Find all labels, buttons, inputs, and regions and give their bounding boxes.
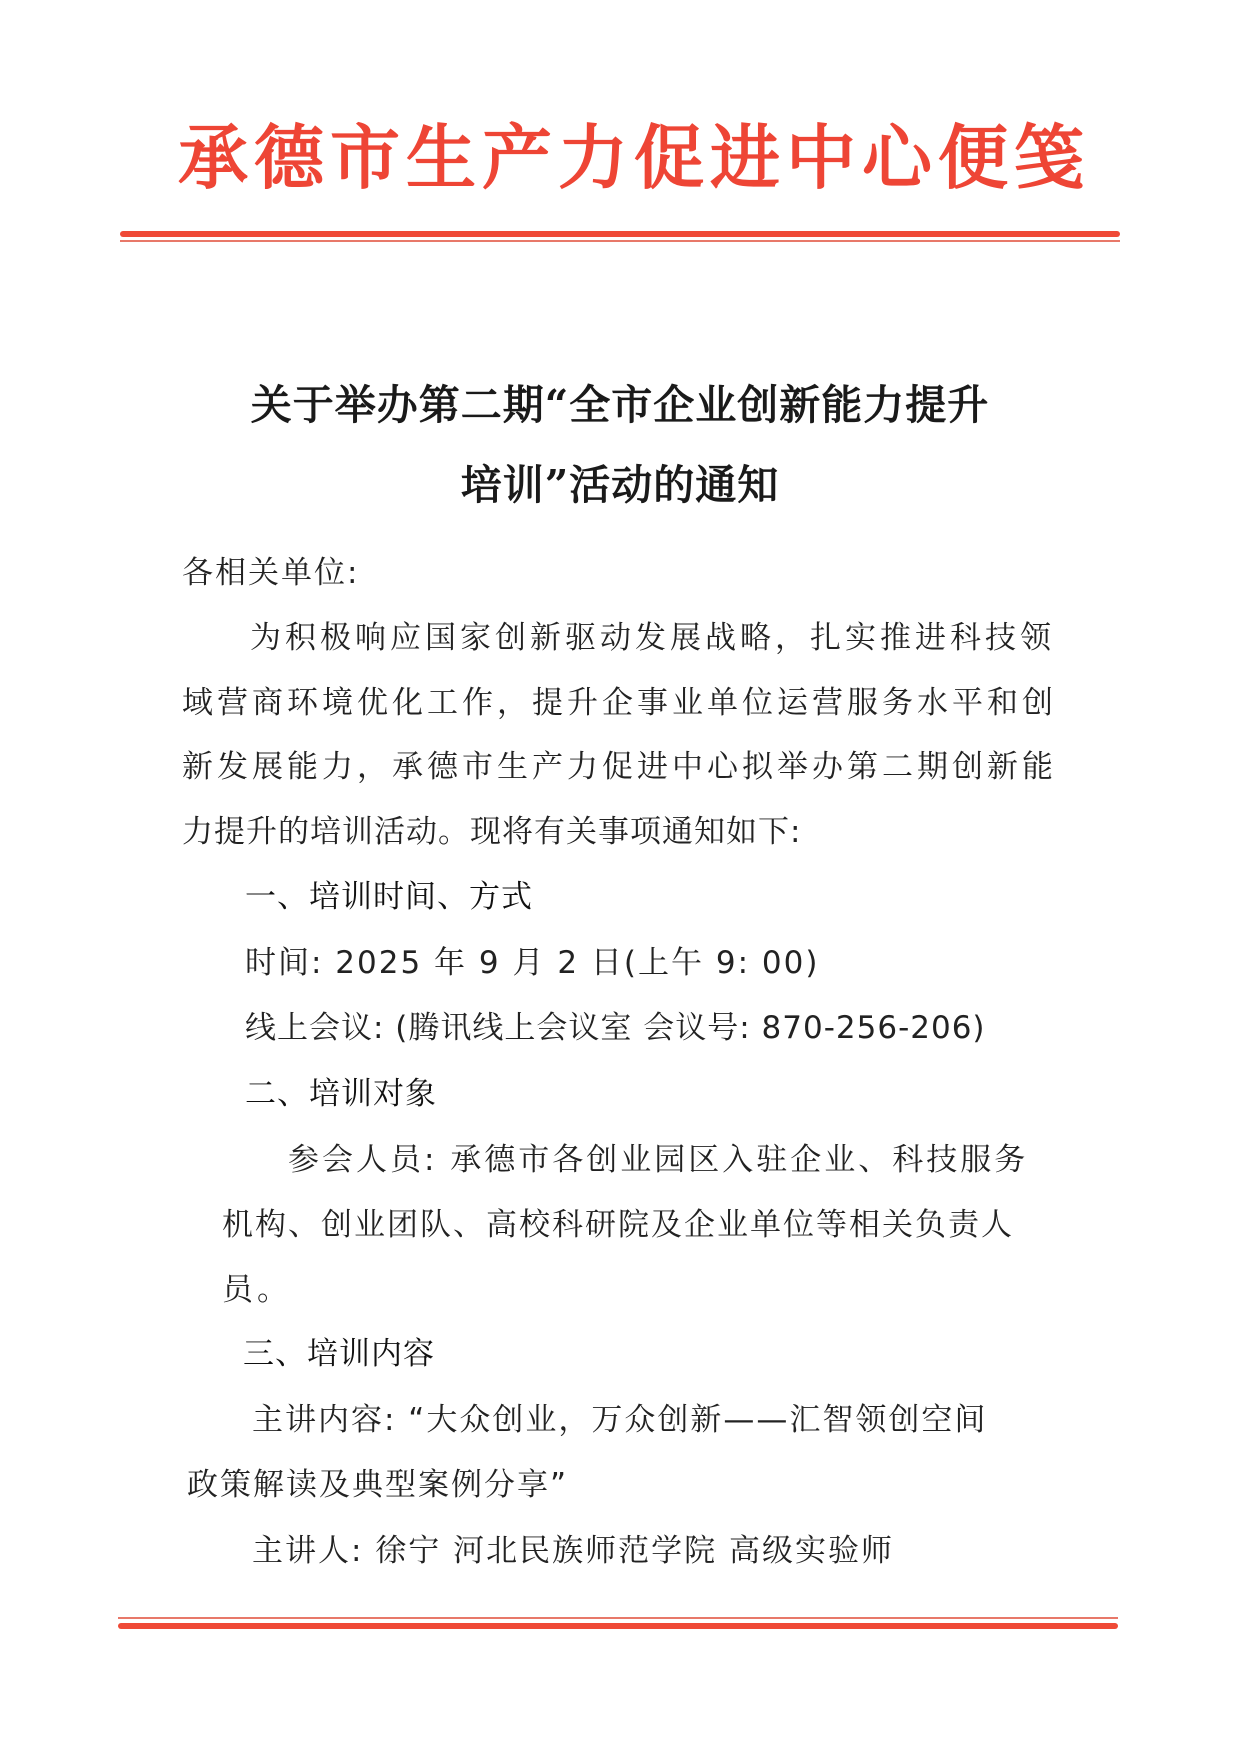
attendees-line-2: 机构、创业团队、高校科研院及企业单位等相关负责人 xyxy=(222,1199,1014,1244)
section-3-heading: 三、培训内容 xyxy=(243,1328,435,1373)
lecture-topic-line-1: 主讲内容: “大众创业，万众创新——汇智领创空间 xyxy=(252,1394,987,1439)
training-time: 时间: 2025 年 9 月 2 日(上午 9: 00) xyxy=(245,937,819,982)
intro-line-3: 新发展能力，承德市生产力促进中心拟举办第二期创新能 xyxy=(182,741,1057,786)
letterhead-title: 承德市生产力促进中心便笺 xyxy=(178,108,1078,208)
notice-title-line2: 培训”活动的通知 xyxy=(0,452,1240,511)
section-1-heading: 一、培训时间、方式 xyxy=(245,871,533,916)
intro-line-4: 力提升的培训活动。现将有关事项通知如下: xyxy=(182,806,801,851)
top-rule-thin xyxy=(120,240,1120,242)
attendees-line-3: 员。 xyxy=(222,1264,292,1309)
intro-line-1: 为积极响应国家创新驱动发展战略，扎实推进科技领 xyxy=(250,612,1055,657)
salutation: 各相关单位: xyxy=(182,547,359,592)
bottom-rule-thin xyxy=(118,1617,1118,1619)
notice-title-line1: 关于举办第二期“全市企业创新能力提升 xyxy=(0,372,1240,431)
lecture-topic-line-2: 政策解读及典型案例分享” xyxy=(187,1459,568,1504)
online-meeting: 线上会议: (腾讯线上会议室 会议号: 870-256-206) xyxy=(245,1002,986,1047)
bottom-rule-thick xyxy=(118,1623,1118,1629)
section-2-heading: 二、培训对象 xyxy=(245,1068,437,1113)
attendees-line-1: 参会人员: 承德市各创业园区入驻企业、科技服务 xyxy=(288,1134,1028,1179)
top-rule-thick xyxy=(120,231,1120,237)
lecturer: 主讲人: 徐宁 河北民族师范学院 高级实验师 xyxy=(252,1525,894,1570)
intro-line-2: 域营商环境优化工作，提升企事业单位运营服务水平和创 xyxy=(182,677,1057,722)
